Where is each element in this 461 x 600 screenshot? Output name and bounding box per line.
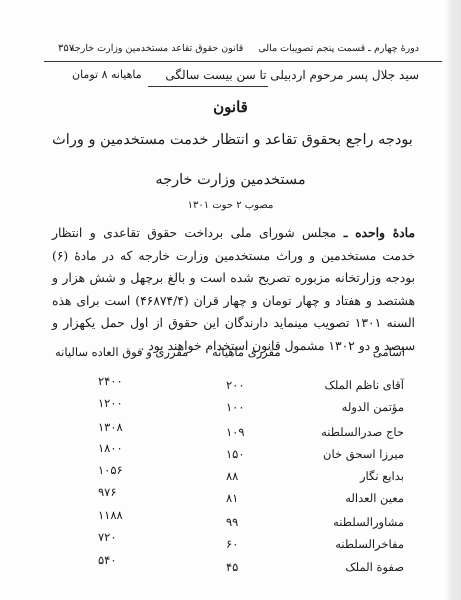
- running-head-section: دورهٔ چهارم ـ قسمت پنجم تصویبات مالی: [258, 43, 419, 54]
- annual-amount: ۱۰۵۶: [98, 463, 123, 477]
- column-header-names: اسامی: [373, 345, 405, 359]
- recipient-name: حاج صدرالسلطنه: [321, 425, 404, 439]
- table-row: آقای ناظم الملک ۲۰۰ ۲۴۰۰: [0, 378, 461, 398]
- page-number: ۳۵۷: [58, 43, 74, 54]
- running-head-law-title: قانون حقوق تقاعد مستخدمین وزارت خارجه: [70, 43, 243, 54]
- annual-amount: ۱۱۸۸: [98, 508, 123, 522]
- header-divider: [44, 61, 442, 62]
- monthly-amount: ۸۸: [226, 469, 238, 483]
- annual-amount: ۱۸۰۰: [98, 441, 123, 455]
- monthly-amount: ۱۰۰: [226, 400, 245, 414]
- monthly-amount: ۸۱: [226, 491, 238, 505]
- annual-amount: ۹۷۶: [98, 485, 117, 499]
- annual-amount: ۱۳۰۸: [98, 420, 123, 434]
- running-head: دورهٔ چهارم ـ قسمت پنجم تصویبات مالی قان…: [70, 43, 419, 54]
- table-row: حاج صدرالسلطنه ۱۰۹ ۱۳۰۸: [0, 425, 461, 445]
- document-page: دورهٔ چهارم ـ قسمت پنجم تصویبات مالی قان…: [0, 0, 461, 600]
- column-header-annual: مقرری و فوق العاده سالیانه: [55, 345, 188, 359]
- recipient-name: مشاورالسلطنه: [333, 515, 404, 529]
- recipient-name: مفاخرالسلطنه: [335, 537, 404, 551]
- table-row: صفوة الملک ۴۵ ۵۴۰: [0, 560, 461, 580]
- monthly-amount: ۱۰۹: [226, 425, 245, 439]
- table-row: مؤتمن الدوله ۱۰۰ ۱۲۰۰: [0, 400, 461, 420]
- monthly-amount: ۲۰۰: [226, 378, 245, 392]
- table-row: مشاورالسلطنه ۹۹ ۱۱۸۸: [0, 515, 461, 535]
- monthly-amount: ۶۰: [226, 537, 238, 551]
- carryover-line: سید جلال پسر مرحوم اردبیلی تا سن بیست سا…: [165, 68, 419, 82]
- law-subtitle-line1: بودجه راجع بحقوق تقاعد و انتظار خدمت مست…: [50, 132, 415, 148]
- annual-amount: ۷۲۰: [98, 530, 117, 544]
- carryover-amount: ماهیانه ۸ تومان: [72, 68, 142, 81]
- law-subtitle-line2: مستخدمین وزارت خارجه: [0, 172, 461, 188]
- recipient-name: معین العداله: [345, 491, 404, 505]
- law-title: قانون: [0, 98, 461, 116]
- article-label: مادهٔ واحده ـ: [344, 225, 415, 240]
- table-row: بدایع نگار ۸۸ ۱۰۵۶: [0, 469, 461, 489]
- monthly-amount: ۱۵۰: [226, 447, 245, 461]
- annual-amount: ۲۴۰۰: [98, 374, 123, 388]
- annual-amount: ۵۴۰: [98, 553, 117, 567]
- column-header-monthly: مقرری ماهیانه: [212, 345, 281, 359]
- recipient-name: صفوة الملک: [345, 560, 404, 574]
- table-row: مفاخرالسلطنه ۶۰ ۷۲۰: [0, 537, 461, 557]
- recipient-name: مؤتمن الدوله: [342, 400, 404, 414]
- section-divider: [148, 86, 268, 87]
- recipient-name: آقای ناظم الملک: [325, 378, 404, 392]
- recipient-name: میرزا اسحق خان: [323, 447, 404, 461]
- monthly-amount: ۹۹: [226, 515, 238, 529]
- recipient-name: بدایع نگار: [360, 469, 404, 483]
- annual-amount: ۱۲۰۰: [98, 396, 123, 410]
- table-row: میرزا اسحق خان ۱۵۰ ۱۸۰۰: [0, 447, 461, 467]
- table-row: معین العداله ۸۱ ۹۷۶: [0, 491, 461, 511]
- approval-date: مصوب ۲ حوت ۱۳۰۱: [0, 200, 461, 211]
- monthly-amount: ۴۵: [226, 560, 238, 574]
- article-paragraph: مادهٔ واحده ـ مجلس شورای ملی برداخت حقوق…: [52, 222, 415, 358]
- article-text: مجلس شورای ملی برداخت حقوق تقاعدی و انتظ…: [52, 226, 415, 353]
